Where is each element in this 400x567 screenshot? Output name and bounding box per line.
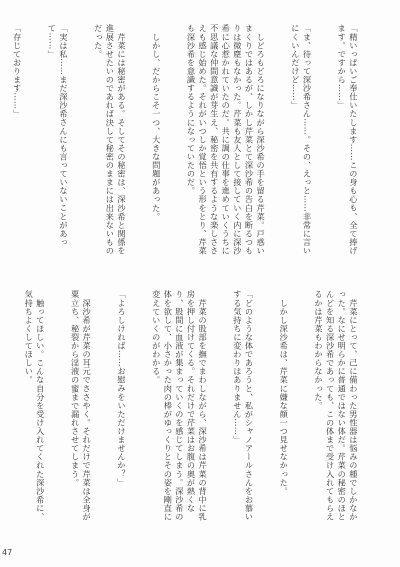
paragraph: 「ま、待って深沙希さん……。その、えっと……非常に言いにくいんだけど……」 <box>289 24 312 258</box>
page-number: 47 <box>2 548 12 557</box>
paragraph: しどろもどろになりながら深沙希の手を留る芹菜。戸惑いまくりではあるが、しかし芹菜… <box>185 24 266 258</box>
paragraph: 芹菜には秘密がある。そしてその秘密は、深沙希と関係を進展させたいのであれば決して… <box>92 24 127 258</box>
book-page: 「精いっぱいご奉仕いたします……この身も心も、全て捧げます。ですから……」 「ま… <box>0 0 400 567</box>
paragraph: 「精いっぱいご奉仕いたします……この身も心も、全て捧げます。ですから……」 <box>336 24 359 258</box>
paragraph: 芹菜の股部を撫でまわしながら、深沙希は芹菜の背中に乳房を押し付けてくる。それだけ… <box>150 290 208 524</box>
paragraph: しかし、だからこそ一つ、大きな問題があった。 <box>150 24 162 258</box>
paragraph: 芹菜にとって、己に備わった男性器は悩みの種でしかなかった。なにせ明らかに普通では… <box>312 290 358 524</box>
paragraph: 深沙希が芹菜の耳元でささやく。それだけで芹菜は全身が粟立ち、秘裂から淫液の蜜まで… <box>69 290 92 524</box>
text-tier-bottom: 芹菜にとって、己に備わった男性器は悩みの種でしかなかった。なにせ明らかに普通では… <box>12 290 382 524</box>
paragraph: 「実は私……まだ深沙希さんにも言っていないことがあって……」 <box>46 24 69 258</box>
paragraph: 「よろしければ……お慰みをいただけませんか？」 <box>115 290 127 524</box>
paragraph: 触ってほしい。こんな自分を受け入れてくれた深沙希に、気持ちよくしてほしい。 <box>23 290 46 524</box>
paragraph: 「存じております……」 <box>12 24 23 258</box>
paragraph: しかし深沙希は、芹菜に嫌な顔一つ見せなかった。 <box>278 290 290 524</box>
text-tier-top: 「精いっぱいご奉仕いたします……この身も心も、全て捧げます。ですから……」 「ま… <box>12 24 382 258</box>
paragraph: 「どのような体であろうと、私がシャノアールさんをお慕いする気持ちに変わりはありま… <box>231 290 254 524</box>
